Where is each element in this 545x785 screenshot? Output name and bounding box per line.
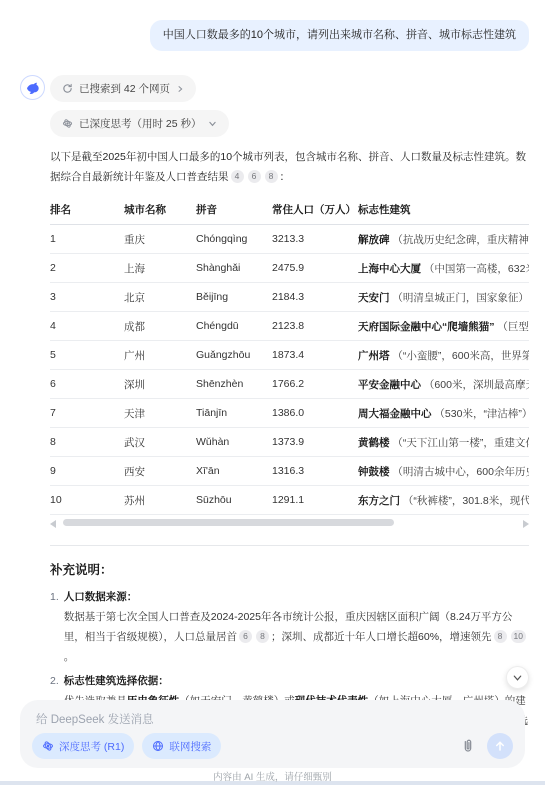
scroll-to-bottom-button[interactable]	[506, 666, 529, 689]
cell-landmark: 周大福金融中心 （530米，“津沽棒”）	[358, 399, 529, 428]
cell-pinyin: Guǎngzhōu	[196, 341, 272, 370]
section-divider	[50, 545, 529, 546]
landmark-name: 东方之门	[358, 495, 400, 507]
cell-landmark: 平安金融中心 （600米，深圳最高摩天	[358, 370, 529, 399]
cell-city: 重庆	[124, 225, 196, 254]
table-row: 2上海Shànghǎi2475.9上海中心大厦 （中国第一高楼，632米	[50, 254, 529, 283]
landmark-name: 周大福金融中心	[358, 408, 432, 420]
table-row: 1重庆Chóngqìng3213.3解放碑 （抗战历史纪念碑，重庆精神象	[50, 225, 529, 254]
landmark-name: 天府国际金融中心“爬墙熊猫”	[358, 321, 495, 333]
cell-landmark: 解放碑 （抗战历史纪念碑，重庆精神象	[358, 225, 529, 254]
websearch-toggle[interactable]: 联网搜索	[142, 733, 221, 759]
landmark-name: 平安金融中心	[358, 379, 421, 391]
table-row: 3北京Běijīng2184.3天安门 （明清皇城正门，国家象征）	[50, 283, 529, 312]
cell-city: 深圳	[124, 370, 196, 399]
chevron-right-icon	[176, 85, 184, 93]
citation-badge[interactable]: 8	[265, 170, 278, 183]
whale-logo-icon	[25, 80, 41, 96]
note-title: 人口数据来源：	[64, 591, 138, 603]
landmark-name: 黄鹤楼	[358, 437, 390, 449]
cell-rank: 2	[50, 254, 124, 283]
cell-population: 2475.9	[272, 254, 358, 283]
citation-badge[interactable]: 8	[256, 630, 269, 643]
citation-badge[interactable]: 10	[511, 630, 526, 643]
websearch-toggle-label: 联网搜索	[169, 739, 211, 754]
notes-heading: 补充说明：	[50, 560, 529, 578]
cell-city: 武汉	[124, 428, 196, 457]
message-input[interactable]: 给 DeepSeek 发送消息	[32, 711, 511, 727]
cell-landmark: 钟鼓楼 （明清古城中心，600余年历史	[358, 457, 529, 486]
cell-rank: 7	[50, 399, 124, 428]
table-row: 10苏州Sūzhōu1291.1东方之门 （“秋裤楼”，301.8米，现代地	[50, 486, 529, 515]
citation-badge[interactable]: 8	[494, 630, 507, 643]
cell-landmark: 天安门 （明清皇城正门，国家象征）	[358, 283, 529, 312]
cell-city: 上海	[124, 254, 196, 283]
cell-pinyin: Shànghǎi	[196, 254, 272, 283]
landmark-name: 钟鼓楼	[358, 466, 390, 478]
composer-toggles: 深度思考 (R1) 联网搜索	[32, 733, 221, 759]
cell-pinyin: Běijīng	[196, 283, 272, 312]
cell-landmark: 广州塔 （“小蛮腰”，600米高，世界第	[358, 341, 529, 370]
note-body: 人口数据来源：数据基于第七次全国人口普查及2024-2025年各市统计公报，重庆…	[64, 587, 529, 667]
cell-landmark: 东方之门 （“秋裤楼”，301.8米，现代地	[358, 486, 529, 515]
landmark-desc: （巨型熊	[497, 321, 529, 333]
scroll-left-arrow-icon[interactable]	[50, 520, 56, 528]
cell-rank: 8	[50, 428, 124, 457]
header-landmark: 标志性建筑	[358, 195, 529, 225]
cell-population: 1316.3	[272, 457, 358, 486]
cell-rank: 9	[50, 457, 124, 486]
header-population: 常住人口（万人）	[272, 195, 358, 225]
cell-population: 2123.8	[272, 312, 358, 341]
cell-landmark: 黄鹤楼 （“天下江山第一楼”，重建文化	[358, 428, 529, 457]
cell-rank: 10	[50, 486, 124, 515]
user-message-bubble: 中国人口数最多的10个城市，请列出来城市名称、拼音、城市标志性建筑	[150, 20, 529, 51]
cell-population: 3213.3	[272, 225, 358, 254]
intro-colon: ：	[280, 171, 291, 183]
landmark-name: 解放碑	[358, 234, 390, 246]
landmark-desc: （抗战历史纪念碑，重庆精神象	[392, 234, 529, 246]
chevron-down-icon	[512, 672, 523, 683]
user-message-row: 中国人口数最多的10个城市，请列出来城市名称、拼音、城市标志性建筑	[20, 20, 529, 51]
globe-icon	[152, 740, 164, 752]
cell-rank: 6	[50, 370, 124, 399]
landmark-desc: （“天下江山第一楼”，重建文化	[392, 437, 529, 449]
cell-city: 广州	[124, 341, 196, 370]
cell-city: 天津	[124, 399, 196, 428]
citation-badge[interactable]: 6	[239, 630, 252, 643]
cell-population: 1373.9	[272, 428, 358, 457]
cell-city: 西安	[124, 457, 196, 486]
table-row: 5广州Guǎngzhōu1873.4广州塔 （“小蛮腰”，600米高，世界第	[50, 341, 529, 370]
cell-rank: 1	[50, 225, 124, 254]
header-city: 城市名称	[124, 195, 196, 225]
citation-badge[interactable]: 6	[248, 170, 261, 183]
cell-population: 1386.0	[272, 399, 358, 428]
composer-actions	[460, 733, 513, 759]
cell-pinyin: Chóngqìng	[196, 225, 272, 254]
cell-city: 北京	[124, 283, 196, 312]
table-row: 6深圳Shēnzhèn1766.2平安金融中心 （600米，深圳最高摩天	[50, 370, 529, 399]
answer-intro: 以下是截至2025年初中国人口最多的10个城市列表，包含城市名称、拼音、人口数量…	[50, 147, 529, 187]
attach-file-button[interactable]	[460, 738, 476, 754]
composer-toolbar: 深度思考 (R1) 联网搜索	[32, 733, 513, 759]
search-results-label: 已搜索到 42 个网页	[79, 81, 170, 96]
header-rank: 排名	[50, 195, 124, 225]
landmark-desc: （“小蛮腰”，600米高，世界第	[392, 350, 529, 362]
cell-pinyin: Xī'ān	[196, 457, 272, 486]
ai-disclaimer: 内容由 AI 生成，请仔细甄别	[0, 769, 545, 783]
cell-pinyin: Tiānjīn	[196, 399, 272, 428]
deepthink-icon	[62, 118, 73, 129]
cell-city: 成都	[124, 312, 196, 341]
cell-pinyin: Sūzhōu	[196, 486, 272, 515]
landmark-desc: （明清皇城正门，国家象征）	[392, 292, 529, 304]
cell-population: 1766.2	[272, 370, 358, 399]
note-number: 1.	[50, 587, 59, 667]
table-row: 4成都Chéngdū2123.8天府国际金融中心“爬墙熊猫” （巨型熊	[50, 312, 529, 341]
cell-population: 1873.4	[272, 341, 358, 370]
search-results-icon	[62, 83, 73, 94]
deepthink-status-pill[interactable]: 已深度思考（用时 25 秒）	[50, 110, 229, 137]
landmark-name: 天安门	[358, 292, 390, 304]
deepseek-avatar	[20, 75, 45, 100]
table-row: 7天津Tiānjīn1386.0周大福金融中心 （530米，“津沽棒”）	[50, 399, 529, 428]
paperclip-icon	[460, 738, 476, 754]
landmark-desc: （中国第一高楼，632米	[424, 263, 529, 275]
chevron-down-icon	[208, 119, 217, 128]
table-row: 9西安Xī'ān1316.3钟鼓楼 （明清古城中心，600余年历史	[50, 457, 529, 486]
chat-area: 中国人口数最多的10个城市，请列出来城市名称、拼音、城市标志性建筑 已搜索到 4…	[0, 0, 545, 751]
landmark-name: 广州塔	[358, 350, 390, 362]
send-button[interactable]	[487, 733, 513, 759]
landmark-desc: （“秋裤楼”，301.8米，现代地	[403, 495, 529, 507]
deepthink-toggle-label: 深度思考 (R1)	[59, 739, 124, 754]
landmark-name: 上海中心大厦	[358, 263, 421, 275]
cell-city: 苏州	[124, 486, 196, 515]
deepthink-toggle[interactable]: 深度思考 (R1)	[32, 733, 134, 759]
landmark-desc: （明清古城中心，600余年历史	[392, 466, 529, 478]
search-results-pill[interactable]: 已搜索到 42 个网页	[50, 75, 196, 102]
status-pills: 已搜索到 42 个网页 已深度思考（用时 25 秒）	[50, 75, 529, 137]
arrow-up-icon	[494, 740, 506, 752]
citation-badge[interactable]: 4	[231, 170, 244, 183]
table-row: 8武汉Wǔhàn1373.9黄鹤楼 （“天下江山第一楼”，重建文化	[50, 428, 529, 457]
cell-landmark: 天府国际金融中心“爬墙熊猫” （巨型熊	[358, 312, 529, 341]
note-title: 标志性建筑选择依据：	[64, 675, 169, 687]
landmark-desc: （600米，深圳最高摩天	[424, 379, 529, 391]
note-text: ；深圳、成都近十年人口增长超60%，增速领先	[271, 631, 492, 643]
table-horizontal-scrollbar[interactable]	[50, 518, 529, 530]
cell-population: 2184.3	[272, 283, 358, 312]
scrollbar-thumb[interactable]	[63, 519, 394, 526]
landmark-desc: （530米，“津沽棒”）	[434, 408, 529, 420]
assistant-message: 已搜索到 42 个网页 已深度思考（用时 25 秒） 以下是截至2025年初中国…	[20, 75, 529, 751]
cell-rank: 4	[50, 312, 124, 341]
cell-pinyin: Shēnzhèn	[196, 370, 272, 399]
table-header-row: 排名 城市名称 拼音 常住人口（万人） 标志性建筑	[50, 195, 529, 225]
note-text: 。	[64, 651, 75, 663]
deepthink-status-label: 已深度思考（用时 25 秒）	[79, 116, 202, 131]
deepthink-icon	[42, 740, 54, 752]
cell-landmark: 上海中心大厦 （中国第一高楼，632米	[358, 254, 529, 283]
scroll-right-arrow-icon[interactable]	[523, 520, 529, 528]
message-composer[interactable]: 给 DeepSeek 发送消息 深度思考 (R1) 联网搜索	[20, 700, 525, 768]
cell-pinyin: Wǔhàn	[196, 428, 272, 457]
header-pinyin: 拼音	[196, 195, 272, 225]
cell-pinyin: Chéngdū	[196, 312, 272, 341]
note-item-1: 1. 人口数据来源：数据基于第七次全国人口普查及2024-2025年各市统计公报…	[50, 587, 529, 667]
cities-table: 排名 城市名称 拼音 常住人口（万人） 标志性建筑 1重庆Chóngqìng32…	[50, 195, 529, 515]
cell-rank: 5	[50, 341, 124, 370]
cell-rank: 3	[50, 283, 124, 312]
cell-population: 1291.1	[272, 486, 358, 515]
